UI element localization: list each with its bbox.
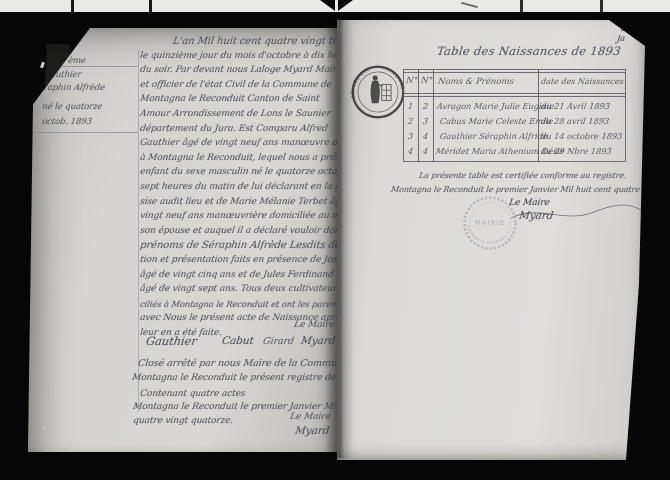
act-text-line: son épouse et auquel il a déclaré vouloi… xyxy=(139,226,371,236)
republique-francaise-stamp-icon: RÉPUBLIQUE FRANÇAISE xyxy=(350,64,406,120)
signature-flourish-icon xyxy=(509,202,644,228)
table-header-num1: N° xyxy=(405,76,418,86)
table-cell: 4 xyxy=(407,146,413,156)
film-tick-icon xyxy=(520,0,523,12)
table-header-num2: N° xyxy=(420,76,433,86)
stamp-center-text: MAIRIE xyxy=(475,219,506,227)
table-cell: 1 xyxy=(407,101,413,111)
closing-signature-myard: Myard xyxy=(294,425,330,437)
table-cell: 2 xyxy=(422,101,428,111)
act-text-line: sise audit lieu et de Marie Mélanie Terb… xyxy=(139,197,365,207)
stamp-arc-text: RÉPUBLIQUE xyxy=(349,67,372,99)
act-text-line: enfant du sexe masculin né le quatorze o… xyxy=(139,167,360,177)
table-cell: du 28 avril 1893 xyxy=(540,116,609,126)
register-left-page: 4 ème Gauthier Séraphin Alfrède né le qu… xyxy=(28,28,337,452)
film-frame-marker-icon xyxy=(320,0,335,11)
mairie-stamp-icon: MAIRIE MONTAGNA-LE-RECONDUIT xyxy=(457,190,523,256)
certification-line: La présente table est certifiée conforme… xyxy=(418,171,627,180)
stamp-arc-text: MONTAGNA-LE-RECONDUIT xyxy=(465,225,507,245)
signature-girard: Girard xyxy=(262,336,294,347)
certification-line: Montagna le Reconduit le premier Janvier… xyxy=(390,185,670,194)
table-cell: Avragon Marie Julie Euginie xyxy=(436,101,555,111)
page-number: 5 xyxy=(620,24,627,34)
act-text-line: L'an Mil huit cent quatre vingt treize xyxy=(172,36,358,47)
table-cell: du 29 Nbre 1893 xyxy=(540,146,612,156)
table-border-right xyxy=(625,69,626,162)
table-cell: 3 xyxy=(422,116,428,126)
table-cell: 2 xyxy=(407,116,413,126)
film-tick-icon xyxy=(600,0,603,12)
table-header-separator-inner xyxy=(403,96,625,97)
act-text-line: sept heures du matin de lui déclarant en… xyxy=(139,182,367,192)
table-header-names: Noms & Prénoms xyxy=(437,77,514,87)
marianne-figure-icon xyxy=(371,75,391,103)
film-frame-marker-icon xyxy=(338,0,353,11)
table-header-separator xyxy=(403,93,625,94)
film-tick-icon xyxy=(149,0,152,12)
table-cell: 3 xyxy=(407,131,413,141)
table-cell: Cabus Marie Celeste Emile xyxy=(439,116,553,126)
stamp-arc-text: FRANÇAISE xyxy=(381,65,405,90)
signature-cabut: Cabut xyxy=(221,335,254,347)
register-right-page: 5 Ja Table des Naissances de 1893 RÉPUBL… xyxy=(337,20,645,460)
act-text-line: département du Jura. Est Comparu Alfred xyxy=(139,124,328,134)
table-border-left xyxy=(403,69,404,162)
table-border-top xyxy=(403,69,625,70)
closing-line: Closé arrêté par nous Maire de la Commun… xyxy=(137,358,363,369)
table-cell: 4 xyxy=(422,131,428,141)
closing-line: Contenant quatre actes xyxy=(139,389,246,399)
film-dust-speck xyxy=(44,426,46,429)
svg-text:RÉPUBLIQUE: RÉPUBLIQUE xyxy=(349,67,372,99)
table-title: Table des Naissances de 1893 xyxy=(436,44,622,58)
signature-gauthier: Gauthier xyxy=(145,334,198,348)
table-header-dates: date des Naissances xyxy=(540,77,624,86)
le-maire-label: Le Maire xyxy=(293,320,335,330)
svg-text:MONTAGNA-LE-RECONDUIT: MONTAGNA-LE-RECONDUIT xyxy=(465,225,507,245)
film-header-strip xyxy=(0,0,670,12)
film-dust-speck xyxy=(40,62,45,69)
clerk-paraph: Ja xyxy=(616,34,625,44)
act-text-line: âgé de vingt sept ans. Tous deux cultiva… xyxy=(139,284,370,294)
act-text-line-prenoms: prénoms de Séraphin Alfrède Lesdits décl… xyxy=(139,240,369,251)
closing-line: quatre vingt quatorze. xyxy=(132,416,233,426)
act-text-line: âgé de vingt cinq ans et de Jules Ferdin… xyxy=(139,270,365,280)
margin-note-birth: né le quatorze xyxy=(41,102,103,112)
signature-myard: Myard xyxy=(300,335,336,347)
act-text-line: Montagna le Reconduit Canton de Saint xyxy=(139,94,320,104)
table-border-bottom xyxy=(403,161,625,162)
microfilm-scan: 4 ème Gauthier Séraphin Alfrède né le qu… xyxy=(0,0,670,480)
table-column-divider xyxy=(433,69,434,162)
act-text-line: le quinzième jour du mois d'octobre à di… xyxy=(139,51,358,61)
margin-horizontal-rule xyxy=(32,132,138,133)
table-cell: du 14 octobre 1893 xyxy=(540,131,623,141)
film-scratch-mark xyxy=(461,2,478,8)
table-border-top-inner xyxy=(403,72,625,73)
table-column-divider xyxy=(418,69,419,162)
table-cell: du 21 Avril 1893 xyxy=(540,101,610,111)
film-tick-icon xyxy=(71,0,74,12)
table-cell: Gauthier Séraphin Alfride xyxy=(439,131,548,141)
act-text-line: du soir. Par devant nous Laloge Myard Ma… xyxy=(139,65,342,75)
margin-note-firstnames: Séraphin Alfrède xyxy=(32,83,105,93)
table-cell: 4 xyxy=(422,146,428,156)
closing-le-maire-label: Le Maire xyxy=(289,412,331,422)
svg-text:FRANÇAISE: FRANÇAISE xyxy=(381,65,405,90)
act-text-line: Amour Arrondissement de Lons le Saunier xyxy=(139,109,331,119)
margin-note-date: octob. 1893 xyxy=(41,117,92,127)
act-text-line: et officier de l'état Civil de la Commun… xyxy=(139,80,332,90)
